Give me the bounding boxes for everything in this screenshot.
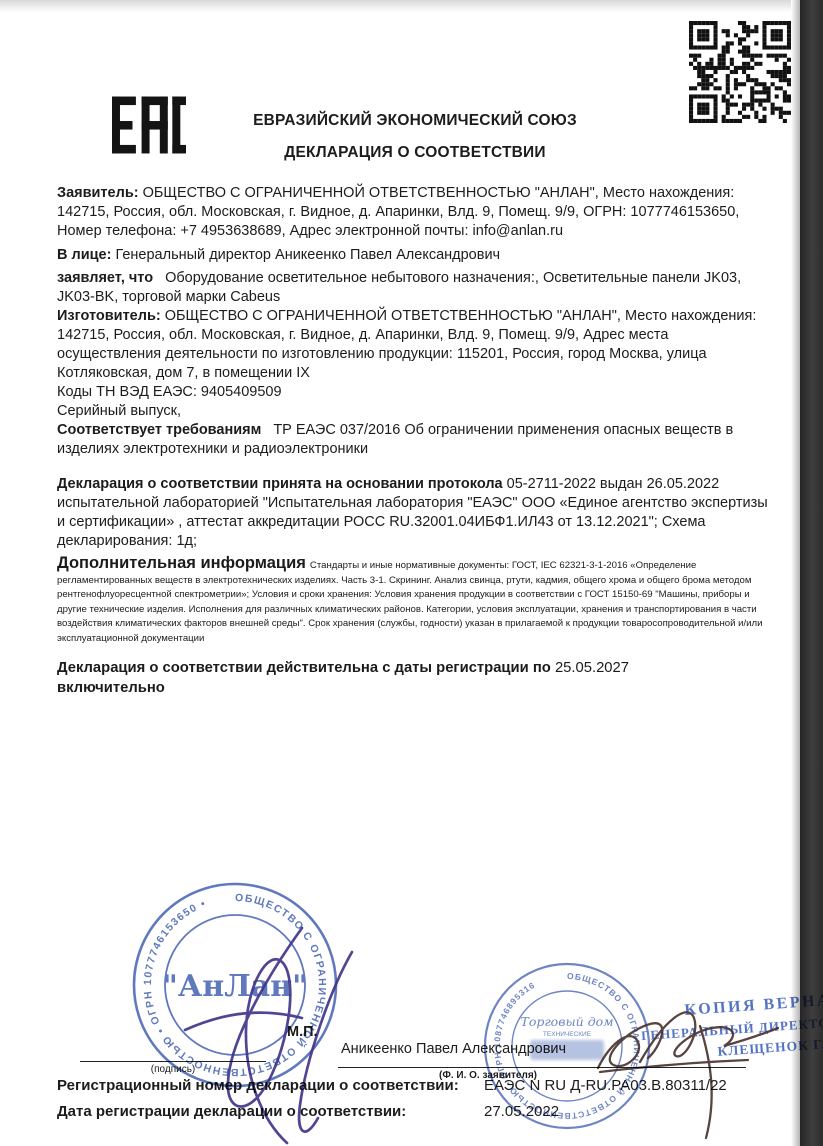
basis-label: Декларация о соответствии принята на осн… xyxy=(57,476,503,492)
registration-date-label: Дата регистрации декларации о соответств… xyxy=(57,1103,406,1120)
representative-label: В лице: xyxy=(57,247,111,263)
additional-info-text: Стандарты и иные нормативные документы: … xyxy=(57,560,762,644)
union-header: ЕВРАЗИЙСКИЙ ЭКОНОМИЧЕСКИЙ СОЮЗ xyxy=(60,112,770,130)
qr-code-image xyxy=(689,21,791,123)
stamp-place-label: М.П. xyxy=(287,1024,318,1040)
compliance-label: Соответствует требованиям xyxy=(57,422,261,438)
validity-date: 25.05.2027 xyxy=(555,660,629,676)
signature-caption: (подпись) xyxy=(80,1064,266,1075)
representative-paragraph: В лице: Генеральный директор Аникеенко П… xyxy=(57,246,771,265)
representative-text: Генеральный директор Аникеенко Павел Але… xyxy=(115,247,500,263)
tnved-line: Коды ТН ВЭД ЕАЭС: 9405409509 xyxy=(57,383,771,402)
document-body: Заявитель: ОБЩЕСТВО С ОГРАНИЧЕННОЙ ОТВЕТ… xyxy=(57,184,771,698)
stamp-left-ring-text: ОБЩЕСТВО С ОГРАНИЧЕННОЙ ОТВЕТСТВЕННОСТЬЮ… xyxy=(142,892,328,1078)
applicant-text: ОБЩЕСТВО С ОГРАНИЧЕННОЙ ОТВЕТСТВЕННОСТЬЮ… xyxy=(57,185,739,239)
validity-paragraph: Декларация о соответствии действительна … xyxy=(57,658,771,698)
applicant-name: Аникеенко Павел Александрович xyxy=(341,1041,566,1057)
registration-date-value: 27.05.2022 xyxy=(484,1103,559,1120)
applicant-paragraph: Заявитель: ОБЩЕСТВО С ОГРАНИЧЕННОЙ ОТВЕТ… xyxy=(57,184,771,241)
manufacturer-text: ОБЩЕСТВО С ОГРАНИЧЕННОЙ ОТВЕТСТВЕННОСТЬЮ… xyxy=(57,308,756,381)
stamp-left-center-text: "АнЛан" xyxy=(162,969,308,1004)
additional-info-paragraph: Дополнительная информация Стандарты и ин… xyxy=(57,557,771,646)
document-title: ДЕКЛАРАЦИЯ О СООТВЕТСТВИИ xyxy=(60,144,770,162)
declares-paragraph: заявляет, чтоОборудование осветительное … xyxy=(57,269,771,307)
qr-code xyxy=(689,21,791,123)
compliance-paragraph: Соответствует требованиямТР ЕАЭС 037/201… xyxy=(57,421,771,459)
company-stamp-left: ОБЩЕСТВО С ОГРАНИЧЕННОЙ ОТВЕТСТВЕННОСТЬЮ… xyxy=(134,884,336,1086)
declares-text: Оборудование осветительное небытового на… xyxy=(57,270,741,305)
declares-label: заявляет, что xyxy=(57,270,153,286)
manufacturer-paragraph: Изготовитель: ОБЩЕСТВО С ОГРАНИЧЕННОЙ ОТ… xyxy=(57,307,771,421)
registration-number-label: Регистрационный номер декларации о соотв… xyxy=(57,1077,459,1094)
document-header: ЕВРАЗИЙСКИЙ ЭКОНОМИЧЕСКИЙ СОЮЗ ДЕКЛАРАЦИ… xyxy=(60,112,770,162)
name-line xyxy=(338,1067,746,1068)
stamp-right-center-line2: ТЕХНИЧЕСКИЕ xyxy=(543,1031,592,1038)
scan-top-shadow xyxy=(0,0,823,12)
basis-paragraph: Декларация о соответствии принята на осн… xyxy=(57,475,771,551)
scan-edge-strip xyxy=(791,0,800,1146)
stamp-right-center-line1: Торговый дом xyxy=(521,1014,614,1029)
additional-info-label: Дополнительная информация xyxy=(57,554,306,572)
scan-edge-band xyxy=(800,0,823,1146)
signature-line xyxy=(80,1061,266,1062)
validity-suffix: включительно xyxy=(57,680,165,696)
registration-number-value: ЕАЭС N RU Д-RU.РА03.В.80311/22 xyxy=(484,1077,727,1094)
applicant-label: Заявитель: xyxy=(57,185,139,201)
validity-label: Декларация о соответствии действительна … xyxy=(57,660,551,676)
manufacturer-label: Изготовитель: xyxy=(57,308,161,324)
serial-line: Серийный выпуск, xyxy=(57,402,771,421)
svg-text:ОБЩЕСТВО С ОГРАНИЧЕННОЙ ОТВЕТС: ОБЩЕСТВО С ОГРАНИЧЕННОЙ ОТВЕТСТВЕННОСТЬЮ… xyxy=(142,892,328,1078)
